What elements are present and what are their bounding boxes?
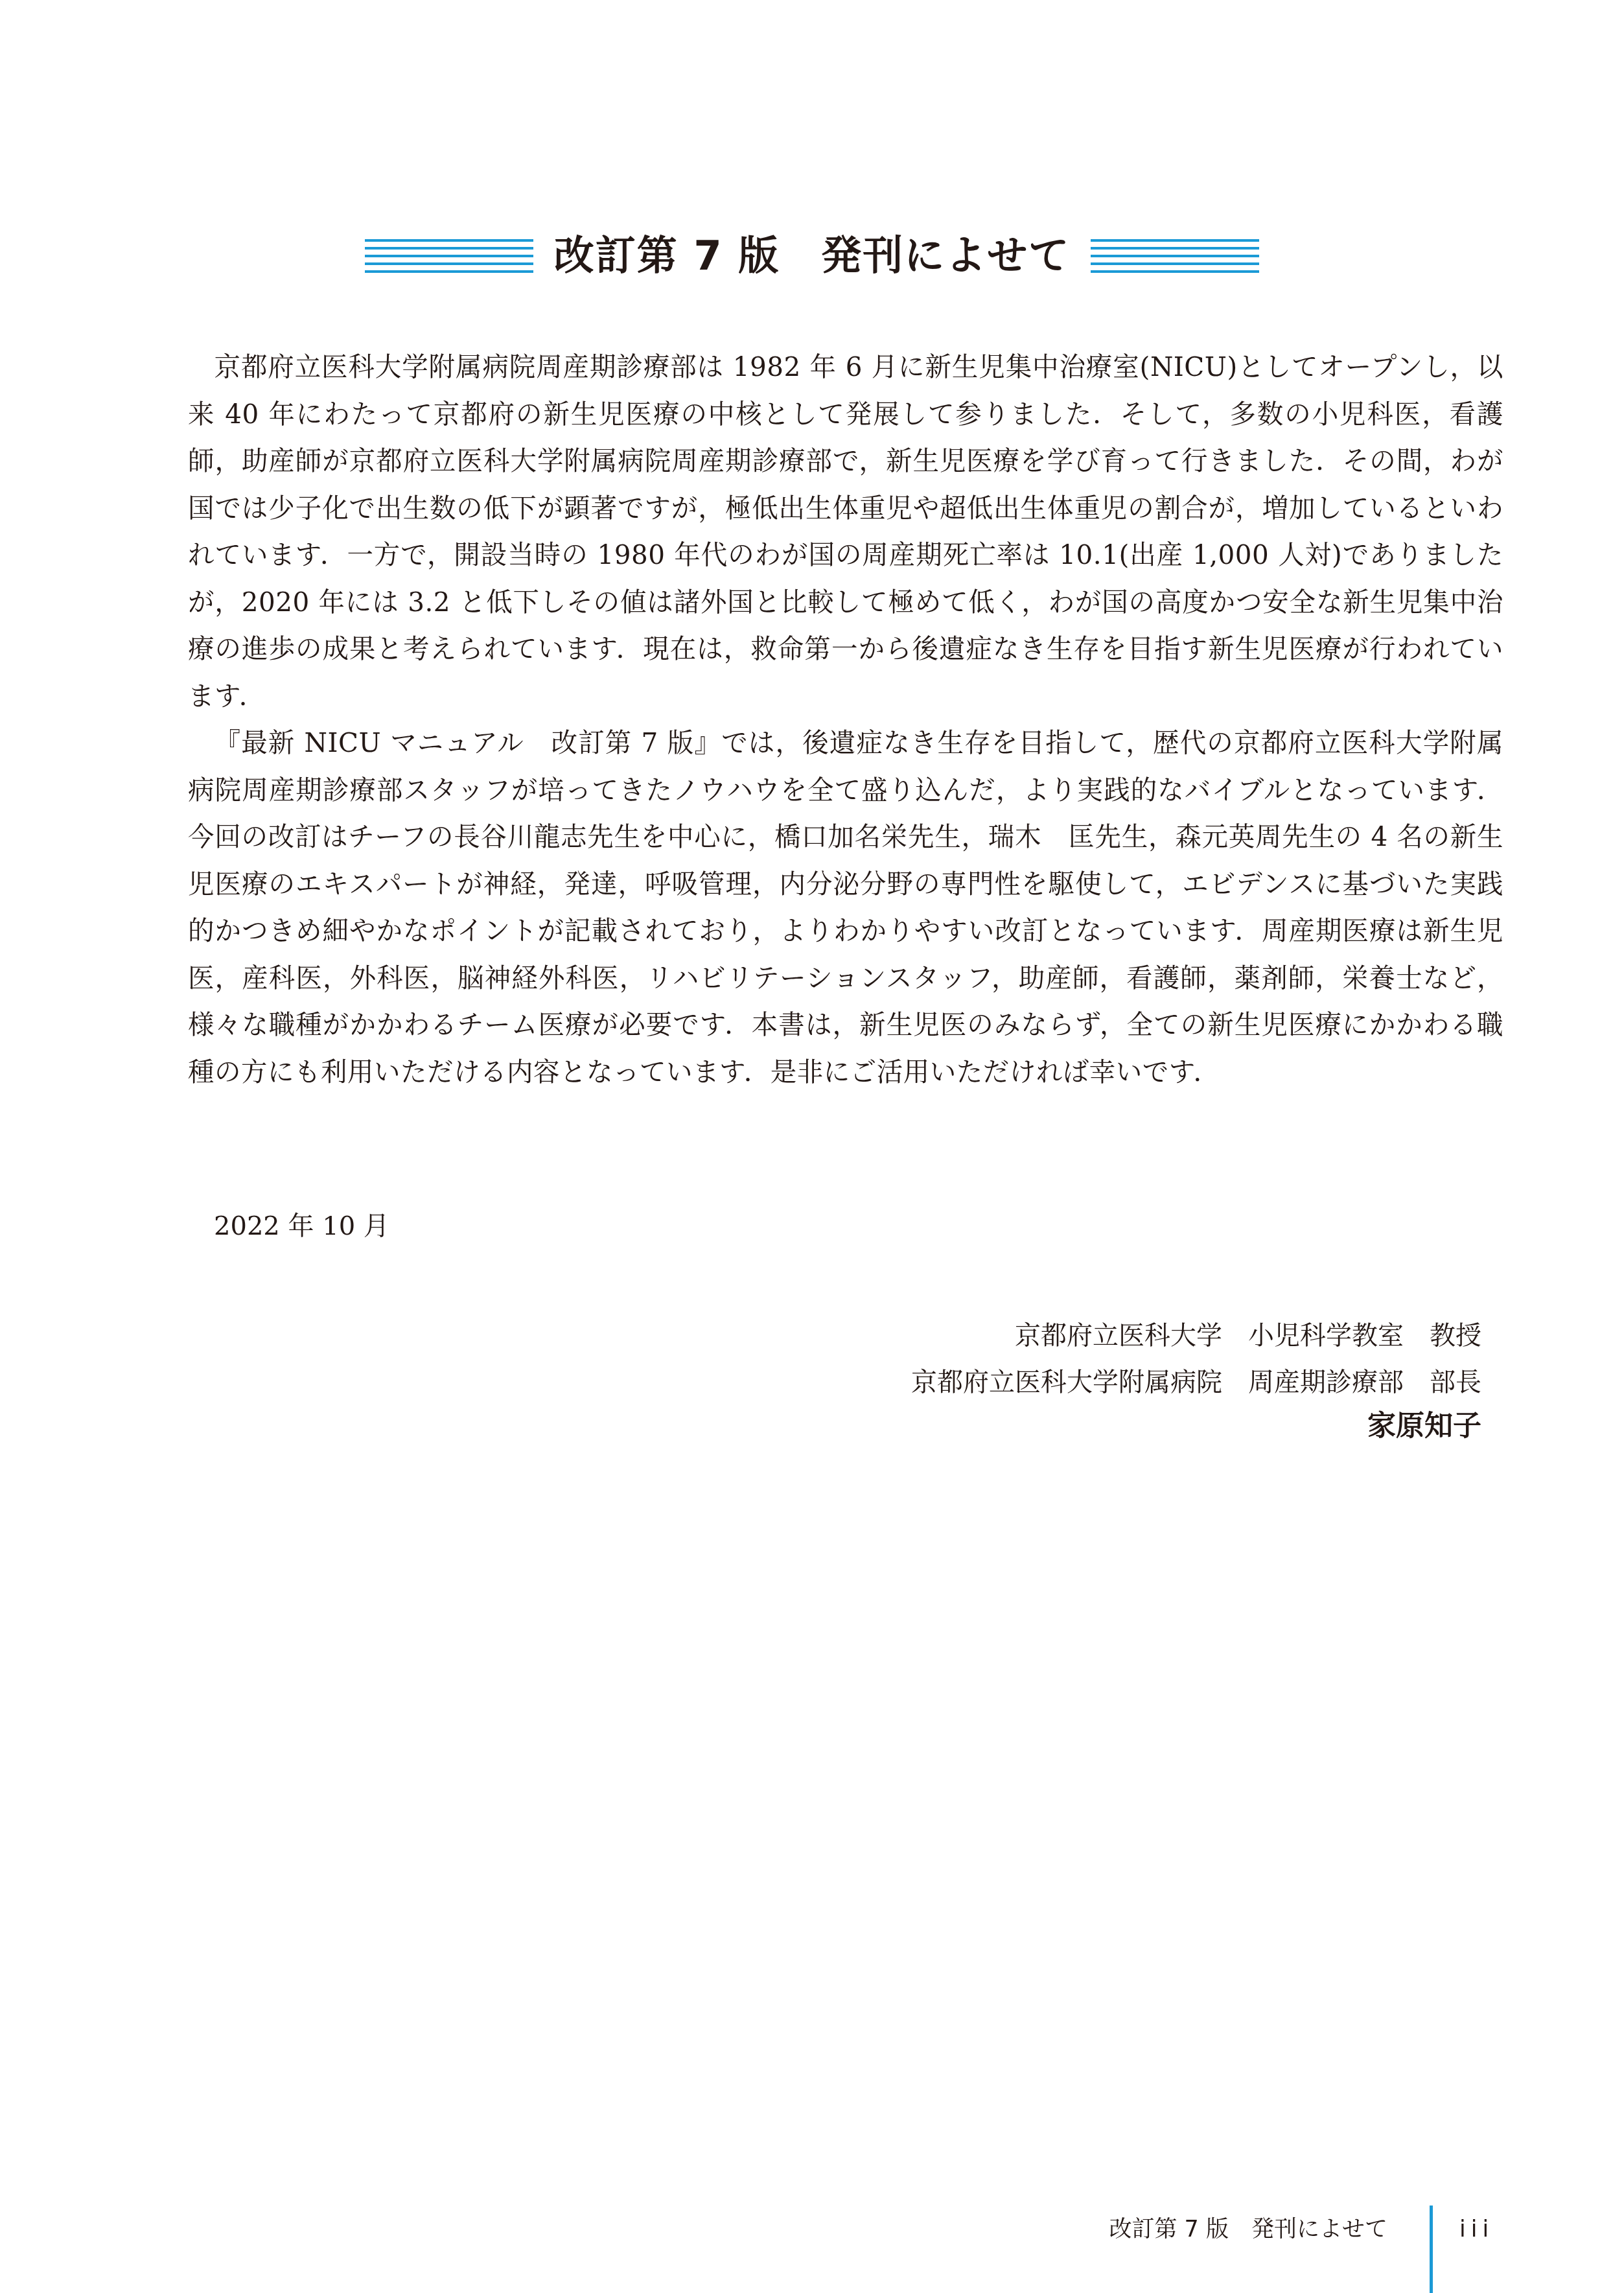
signature-block: 京都府立医科大学 小児科学教室 教授 京都府立医科大学附属病院 周産期診療部 部… [911,1312,1481,1447]
affiliation-1: 京都府立医科大学 小児科学教室 教授 [911,1312,1481,1359]
running-title: 改訂第 7 版 発刊によせて [1109,2210,1387,2249]
paragraph-1: 京都府立医科大学附属病院周産期診療部は 1982 年 6 月に新生児集中治療室(… [188,343,1503,719]
stripes-icon-right [1091,239,1259,273]
stripes-icon-left [365,239,533,273]
affiliation-2: 京都府立医科大学附属病院 周産期診療部 部長 [911,1359,1481,1406]
author-name: 家原知子 [911,1406,1481,1447]
date: 2022 年 10 月 [214,1207,389,1246]
title-block: 改訂第 7 版 発刊によせて [0,224,1624,288]
footer-divider [1430,2206,1433,2293]
page-title: 改訂第 7 版 発刊によせて [554,224,1070,288]
page-number: iii [1459,2210,1494,2249]
body-text: 京都府立医科大学附属病院周産期診療部は 1982 年 6 月に新生児集中治療室(… [188,343,1503,1095]
paragraph-2: 『最新 NICU マニュアル 改訂第 7 版』では，後遺症なき生存を目指して，歴… [188,719,1503,1095]
